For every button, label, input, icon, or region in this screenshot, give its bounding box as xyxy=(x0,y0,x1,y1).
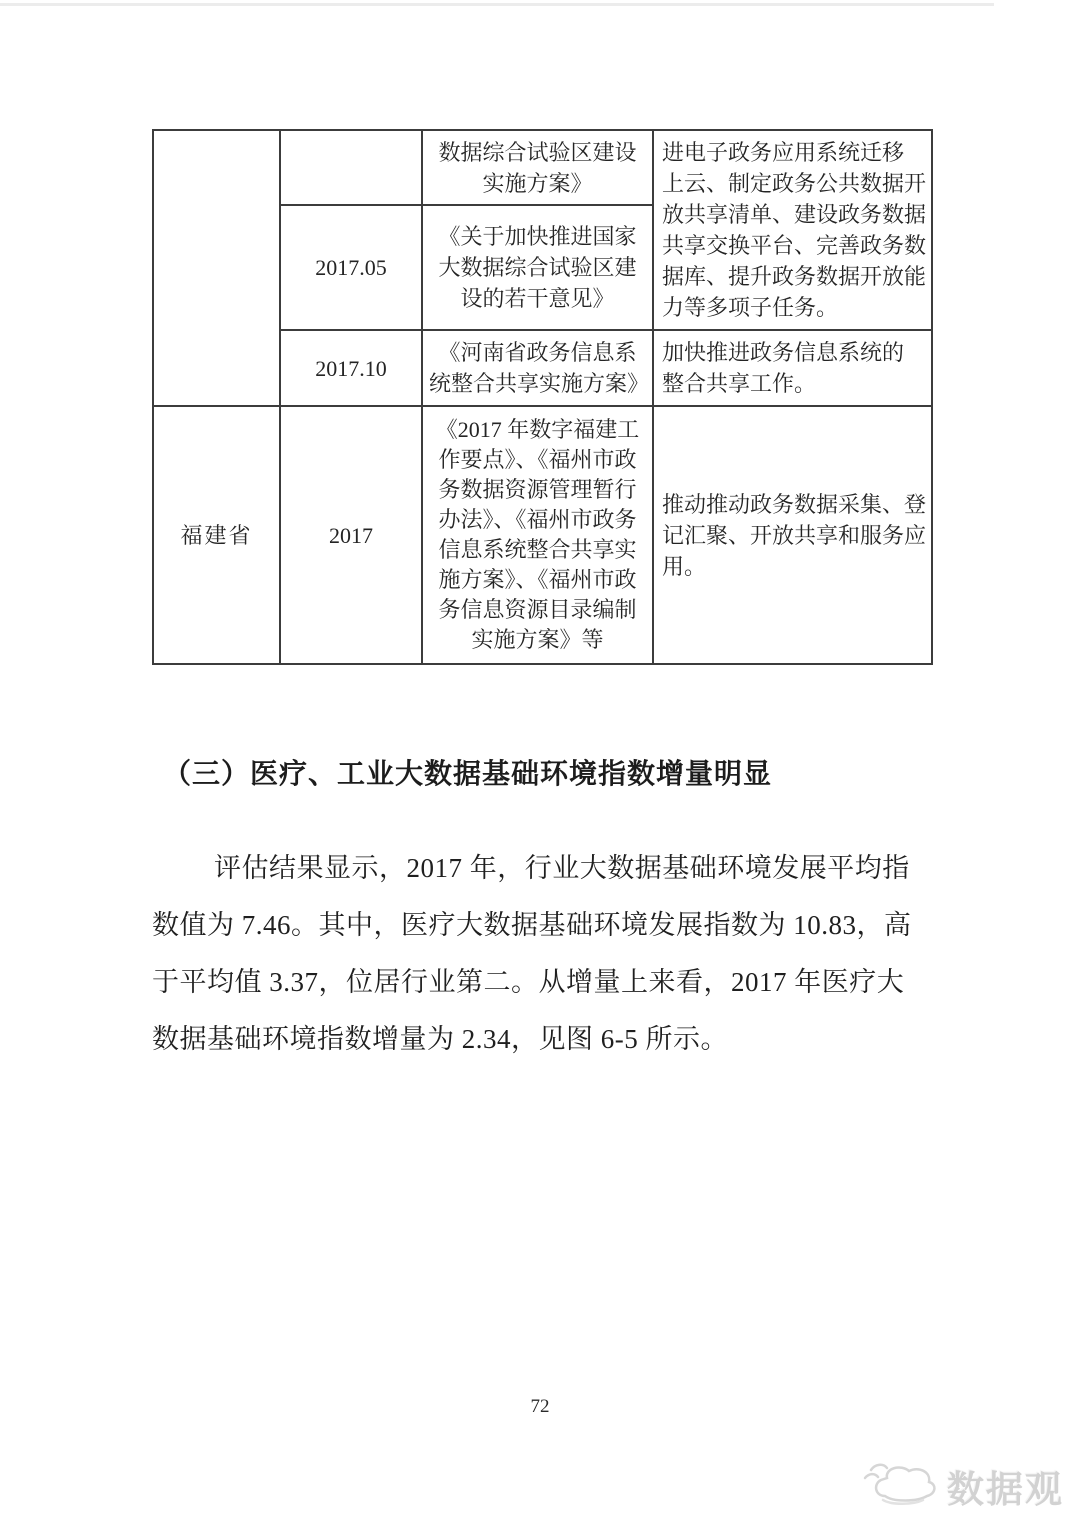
effect-cell: 加快推进政务信息系统的 整合共享工作。 xyxy=(653,330,932,406)
policy-cell: 《河南省政务信息系 统整合共享实施方案》 xyxy=(422,330,653,406)
section-heading: （三）医疗、工业大数据基础环境指数增量明显 xyxy=(163,752,772,792)
page-number: 72 xyxy=(0,1396,1080,1418)
policy-cell: 《关于加快推进国家 大数据综合试验区建 设的若干意见》 xyxy=(422,205,653,330)
date-cell: 2017.05 xyxy=(280,205,422,330)
province-cell-empty xyxy=(153,130,280,406)
policy-cell: 《2017 年数字福建工 作要点》、《福州市政 务数据资源管理暂行 办法》、《福… xyxy=(422,406,653,664)
datanews-watermark: 数据观 xyxy=(857,1456,1064,1515)
effect-cell: 推动推动政务数据采集、登 记汇聚、开放共享和服务应 用。 xyxy=(653,406,932,664)
date-cell: 2017 xyxy=(280,406,422,664)
policy-table: 数据综合试验区建设 实施方案》 进电子政务应用系统迁移 上云、制定政务公共数据开… xyxy=(152,129,933,665)
policy-table-container: 数据综合试验区建设 实施方案》 进电子政务应用系统迁移 上云、制定政务公共数据开… xyxy=(152,129,933,665)
date-cell: 2017.10 xyxy=(280,330,422,406)
watermark-label: 数据观 xyxy=(947,1459,1064,1513)
effect-cell-merged: 进电子政务应用系统迁移 上云、制定政务公共数据开 放共享清单、建设政务数据 共享… xyxy=(653,130,932,330)
body-paragraph: 评估结果显示，2017 年，行业大数据基础环境发展平均指 数值为 7.46。其中… xyxy=(152,840,958,1068)
document-page: 数据综合试验区建设 实施方案》 进电子政务应用系统迁移 上云、制定政务公共数据开… xyxy=(0,0,1080,1526)
date-cell-empty xyxy=(280,130,422,205)
scan-artifact xyxy=(0,3,994,6)
table-row: 数据综合试验区建设 实施方案》 进电子政务应用系统迁移 上云、制定政务公共数据开… xyxy=(153,130,932,205)
policy-cell-continued: 数据综合试验区建设 实施方案》 xyxy=(422,130,653,205)
province-cell: 福建省 xyxy=(153,406,280,664)
cloud-logo-icon xyxy=(857,1456,943,1515)
table-row-fujian: 福建省 2017 《2017 年数字福建工 作要点》、《福州市政 务数据资源管理… xyxy=(153,406,932,664)
